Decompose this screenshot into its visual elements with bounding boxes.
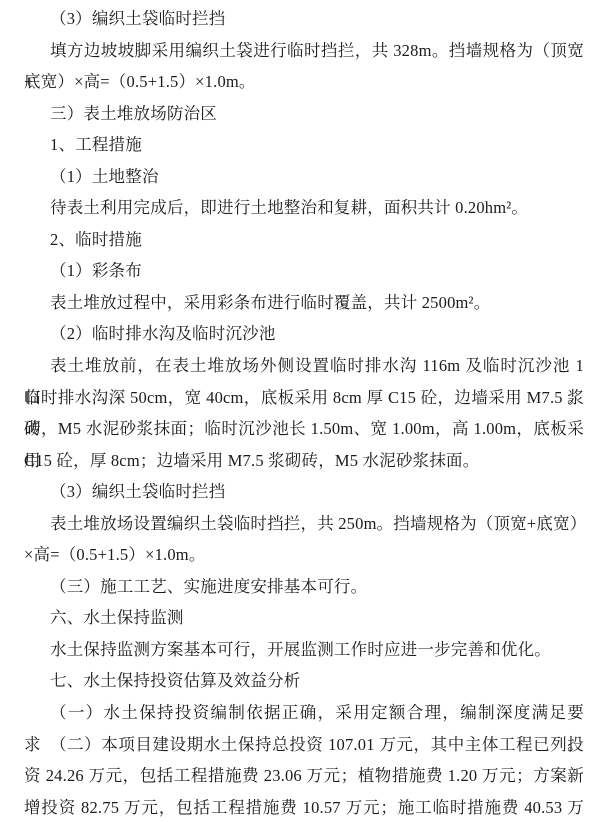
text-line: 七、水土保持投资估算及效益分析 — [24, 665, 584, 697]
text-line: 表土堆放过程中，采用彩条布进行临时覆盖，共计 2500m²。 — [24, 287, 584, 319]
text-line: （一）水土保持投资编制依据正确，采用定额合理，编制深度满足要求。 — [24, 697, 584, 729]
text-line: 表土堆放场设置编织土袋临时挡拦，共 250m。挡墙规格为（顶宽+底宽） — [24, 508, 584, 540]
text-line: （2）临时排水沟及临时沉沙池 — [24, 318, 584, 350]
text-line: （1）土地整治 — [24, 161, 584, 193]
text-line: （二）本项目建设期水土保持总投资 107.01 万元，其中主体工程已列投 — [24, 729, 584, 761]
text-line: 临时排水沟深 50cm，宽 40cm，底板采用 8cm 厚 C15 砼，边墙采用… — [24, 382, 584, 414]
text-line: （3）编织土袋临时拦挡 — [24, 476, 584, 508]
text-line: （1）彩条布 — [24, 255, 584, 287]
text-line: 1、工程措施 — [24, 129, 584, 161]
text-line: 待表土利用完成后，即进行土地整治和复耕，面积共计 0.20hm²。 — [24, 192, 584, 224]
text-line: 六、水土保持监测 — [24, 602, 584, 634]
text-line: 三）表土堆放场防治区 — [24, 98, 584, 130]
text-line: 表土堆放前，在表土堆放场外侧设置临时排水沟 116m 及临时沉沙池 1 口。 — [24, 350, 584, 382]
text-line: （3）编织土袋临时拦挡 — [24, 3, 584, 35]
text-line: 水土保持监测方案基本可行，开展监测工作时应进一步完善和优化。 — [24, 634, 584, 666]
document-page: （3）编织土袋临时拦挡 填方边坡坡脚采用编织土袋进行临时挡拦，共 328m。挡墙… — [0, 0, 590, 822]
text-line: 底宽）×高=（0.5+1.5）×1.0m。 — [24, 66, 584, 98]
text-line: 资 24.26 万元，包括工程措施费 23.06 万元；植物措施费 1.20 万… — [24, 760, 584, 792]
text-line: 增投资 82.75 万元，包括工程措施费 10.57 万元；施工临时措施费 40… — [24, 792, 584, 822]
text-line: ×高=（0.5+1.5）×1.0m。 — [24, 539, 584, 571]
text-line: C15 砼，厚 8cm；边墙采用 M7.5 浆砌砖，M5 水泥砂浆抹面。 — [24, 445, 584, 477]
text-line: 砖，M5 水泥砂浆抹面；临时沉沙池长 1.50m、宽 1.00m，高 1.00m… — [24, 413, 584, 445]
text-line: （三）施工工艺、实施进度安排基本可行。 — [24, 571, 584, 603]
text-line: 2、临时措施 — [24, 224, 584, 256]
text-line: 填方边坡坡脚采用编织土袋进行临时挡拦，共 328m。挡墙规格为（顶宽+ — [24, 35, 584, 67]
